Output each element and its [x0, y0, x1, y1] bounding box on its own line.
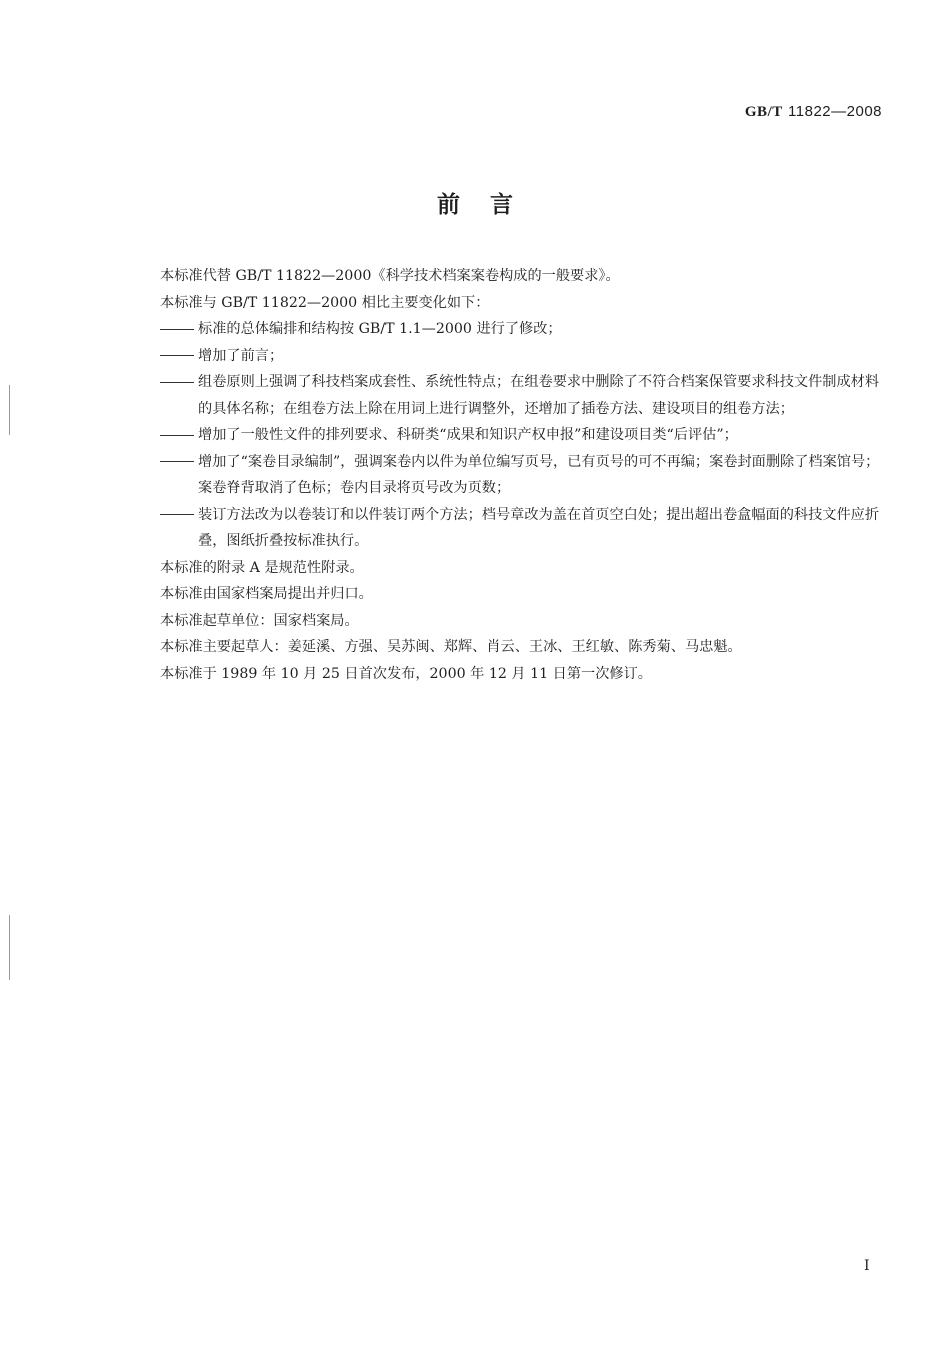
standard-prefix: GB/T: [745, 104, 783, 120]
dash-marker: [160, 316, 198, 343]
change-item: 增加了“案卷目录编制”，强调案卷内以件为单位编写页号，已有页号的可不再编；案卷封…: [160, 449, 890, 502]
change-item: 组卷原则上强调了科技档案成套性、系统性特点；在组卷要求中删除了不符合档案保管要求…: [160, 369, 890, 422]
standard-number: 11822—2008: [788, 103, 882, 120]
paragraph: 本标准由国家档案局提出并归口。: [160, 581, 890, 608]
paragraph: 本标准与 GB/T 11822—2000 相比主要变化如下：: [160, 290, 890, 317]
dash-marker: [160, 369, 198, 396]
dash-marker: [160, 449, 198, 476]
paragraph: 本标准主要起草人：姜延溪、方强、吴苏闽、郑辉、肖云、王冰、王红敏、陈秀菊、马忠魁…: [160, 634, 890, 661]
scan-margin-mark: [9, 385, 10, 435]
change-item: 装订方法改为以卷装订和以件装订两个方法；档号章改为盖在首页空白处；提出超出卷盒幅…: [160, 502, 890, 555]
change-item: 标准的总体编排和结构按 GB/T 1.1—2000 进行了修改；: [160, 316, 890, 343]
paragraph: 本标准于 1989 年 10 月 25 日首次发布，2000 年 12 月 11…: [160, 661, 890, 688]
page-title: 前言: [0, 186, 950, 219]
change-item: 增加了前言；: [160, 343, 890, 370]
foreword-body: 本标准代替 GB/T 11822—2000《科学技术档案案卷构成的一般要求》。 …: [160, 263, 890, 687]
dash-marker: [160, 422, 198, 449]
paragraph: 本标准的附录 A 是规范性附录。: [160, 555, 890, 582]
dash-marker: [160, 343, 198, 370]
standard-code: GB/T 11822—2008: [745, 102, 882, 121]
paragraph: 本标准起草单位：国家档案局。: [160, 608, 890, 635]
dash-marker: [160, 502, 198, 529]
scan-margin-mark: [9, 915, 10, 980]
paragraph: 本标准代替 GB/T 11822—2000《科学技术档案案卷构成的一般要求》。: [160, 263, 890, 290]
change-item: 增加了一般性文件的排列要求、科研类“成果和知识产权申报”和建设项目类“后评估”；: [160, 422, 890, 449]
page-number: I: [864, 1258, 870, 1274]
